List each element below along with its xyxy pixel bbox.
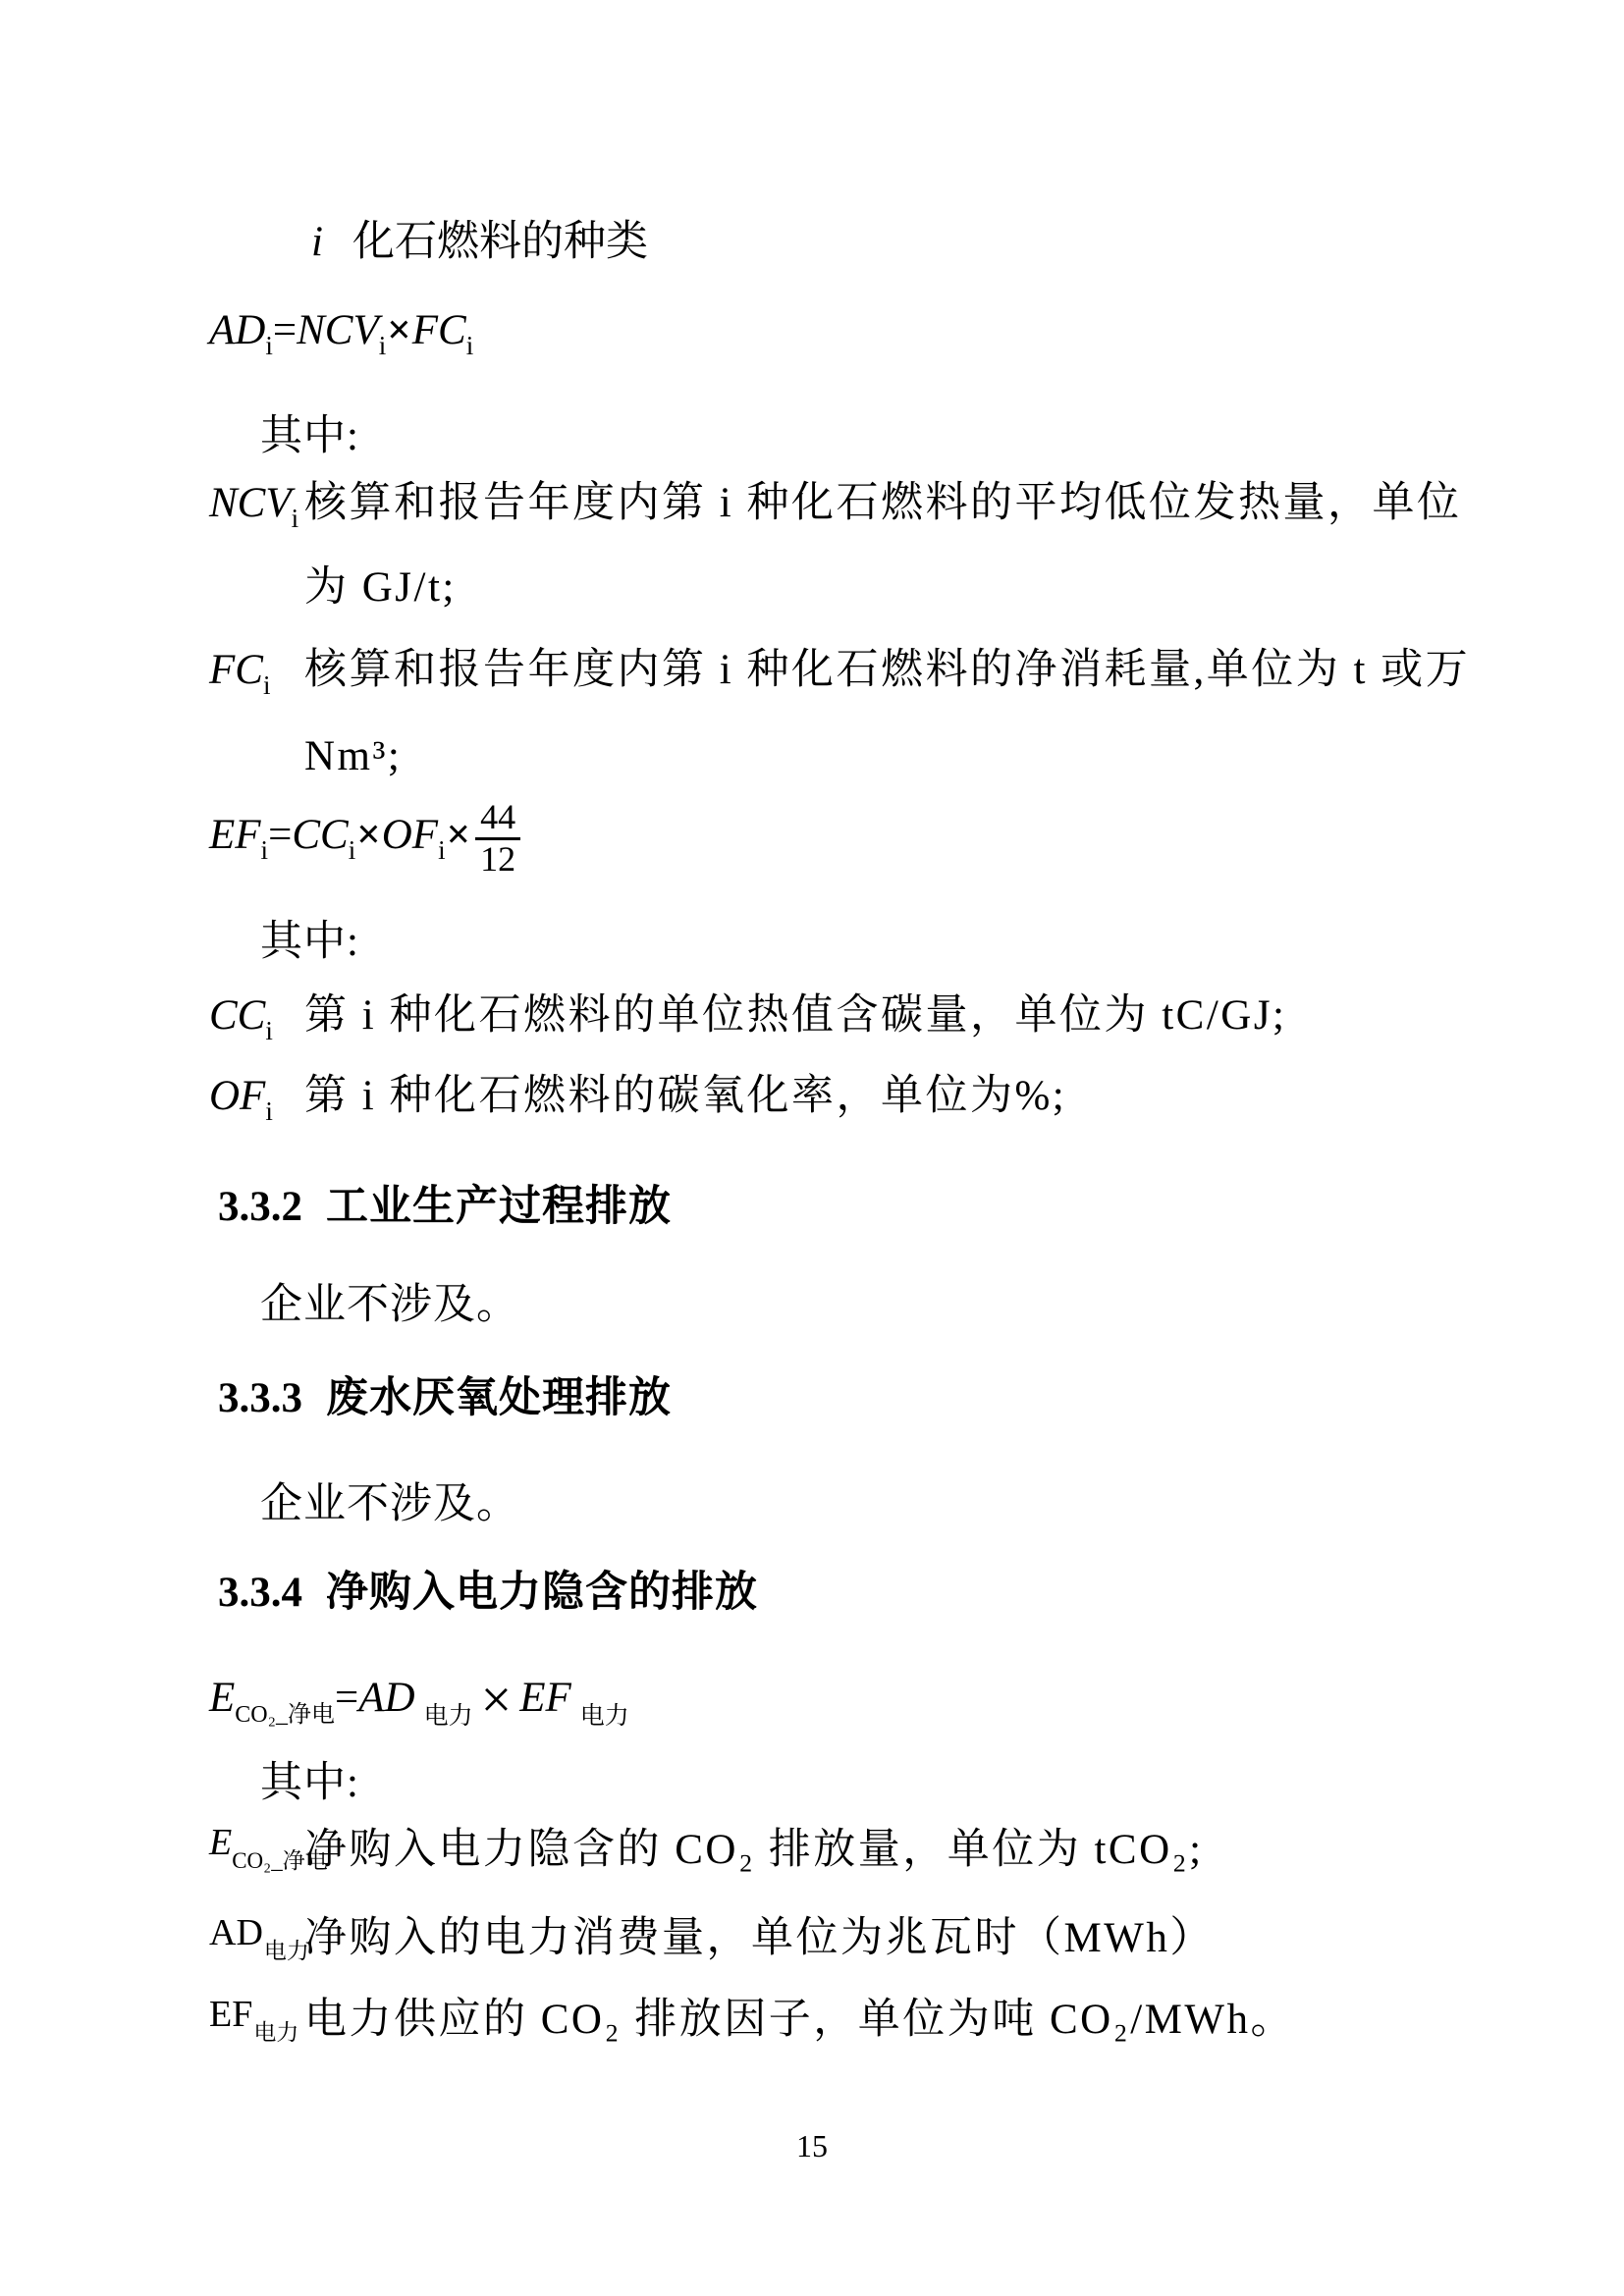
formula-e-ad: AD: [358, 1675, 414, 1721]
term-ad-sub: 电力: [264, 1939, 309, 1963]
list-item-fuel-type: i化石燃料的种类: [311, 218, 648, 266]
formula-e-ef: EF: [519, 1675, 571, 1721]
formula-ef-cc: CC: [292, 812, 348, 858]
formula-ef-of-sub: i: [438, 835, 446, 865]
term-fc-sub: i: [263, 670, 271, 700]
formula-activity-data: ADi=NCVi×FCi: [209, 306, 473, 361]
term-cc-base: CC: [209, 992, 265, 1039]
definition-ef-line1: 电力供应的 CO₂ 排放因子，单位为吨 CO₂/MWh。: [304, 1996, 1295, 2044]
definition-e-line1: 净购入电力隐含的 CO₂ 排放量，单位为 tCO₂;: [304, 1826, 1204, 1874]
formula-ad-lhs: AD: [209, 307, 265, 353]
section-title: 工业生产过程排放: [326, 1184, 672, 1230]
formula-e-ad-sub: 电力: [424, 1703, 473, 1730]
times-sign: ×: [386, 307, 412, 353]
term-fc-base: FC: [209, 647, 263, 693]
list-item-marker: i: [311, 219, 323, 265]
definition-ncv-line2: 为 GJ/t;: [304, 563, 457, 612]
equals-sign: =: [273, 307, 297, 353]
formula-ad-lhs-sub: i: [265, 331, 273, 360]
term-of-sub: i: [265, 1096, 273, 1126]
term-ad-base: AD: [209, 1912, 263, 1953]
definition-term-of: OFi: [209, 1072, 273, 1127]
definition-term-fc: FCi: [209, 646, 270, 701]
formula-emission-factor: EFi=CCi×OFi×4412: [209, 801, 520, 876]
list-item-text: 化石燃料的种类: [352, 219, 648, 265]
times-sign: ×: [473, 1670, 520, 1731]
section-heading-333: 3.3.3废水厌氧处理排放: [218, 1374, 672, 1422]
where-label-3: 其中:: [260, 1759, 359, 1807]
formula-e-lhs: E: [209, 1675, 235, 1721]
fraction-44-12: 4412: [475, 799, 520, 879]
term-of-base: OF: [209, 1073, 265, 1119]
section-heading-332: 3.3.2工业生产过程排放: [218, 1183, 672, 1231]
fraction-numerator: 44: [475, 799, 520, 840]
where-label-2: 其中:: [260, 918, 359, 966]
definition-term-ad-power: AD电力: [209, 1912, 309, 1964]
term-ncv-sub: i: [292, 504, 299, 533]
term-cc-sub: i: [265, 1016, 273, 1045]
section-body-333: 企业不涉及。: [260, 1480, 519, 1528]
definition-fc-line2: Nm³;: [304, 732, 402, 780]
definition-term-cc: CCi: [209, 991, 273, 1046]
times-sign: ×: [446, 812, 472, 858]
definition-term-ncv: NCVi: [209, 479, 298, 534]
formula-ef-lhs: EF: [209, 812, 261, 858]
section-number: 3.3.3: [218, 1375, 302, 1421]
definition-of-line1: 第 i 种化石燃料的碳氧化率，单位为%;: [304, 1072, 1066, 1120]
equals-sign: =: [268, 812, 292, 858]
formula-e-ef-sub: 电力: [580, 1703, 629, 1730]
definition-cc-line1: 第 i 种化石燃料的单位热值含碳量，单位为 tC/GJ;: [304, 991, 1287, 1040]
term-ncv-base: NCV: [209, 480, 292, 526]
section-title: 废水厌氧处理排放: [326, 1375, 672, 1421]
where-label-1: 其中:: [260, 412, 359, 460]
term-ef-sub: 电力: [253, 2020, 298, 2045]
term-ef-base: EF: [209, 1994, 252, 2035]
formula-ad-fc: FC: [412, 307, 466, 353]
fraction-denominator: 12: [475, 840, 520, 879]
definition-term-ef-power: EF电力: [209, 1994, 298, 2046]
formula-ef-of: OF: [382, 812, 438, 858]
section-title: 净购入电力隐含的排放: [326, 1570, 758, 1616]
formula-ad-fc-sub: i: [466, 331, 474, 360]
formula-ef-lhs-sub: i: [261, 835, 269, 865]
times-sign: ×: [355, 812, 382, 858]
formula-net-electricity: ECO₂_净电=AD电力×EF电力: [209, 1669, 629, 1732]
definition-ncv-line1: 核算和报告年度内第 i 种化石燃料的平均低位发热量，单位: [304, 479, 1461, 527]
formula-ad-ncv: NCV: [297, 307, 379, 353]
term-e-base: E: [209, 1822, 232, 1863]
section-number: 3.3.2: [218, 1184, 302, 1230]
section-number: 3.3.4: [218, 1570, 302, 1616]
page-number: 15: [0, 2128, 1624, 2164]
section-body-332: 企业不涉及。: [260, 1281, 519, 1329]
definition-fc-line1: 核算和报告年度内第 i 种化石燃料的净消耗量,单位为 t 或万: [304, 646, 1470, 694]
document-page: i化石燃料的种类 ADi=NCVi×FCi 其中: NCVi 核算和报告年度内第…: [0, 0, 1624, 2296]
equals-sign: =: [335, 1675, 358, 1721]
definition-ad-line1: 净购入的电力消费量，单位为兆瓦时（MWh）: [304, 1914, 1215, 1962]
formula-e-lhs-sub: CO₂_净电: [235, 1702, 335, 1728]
section-heading-334: 3.3.4净购入电力隐含的排放: [218, 1569, 758, 1617]
